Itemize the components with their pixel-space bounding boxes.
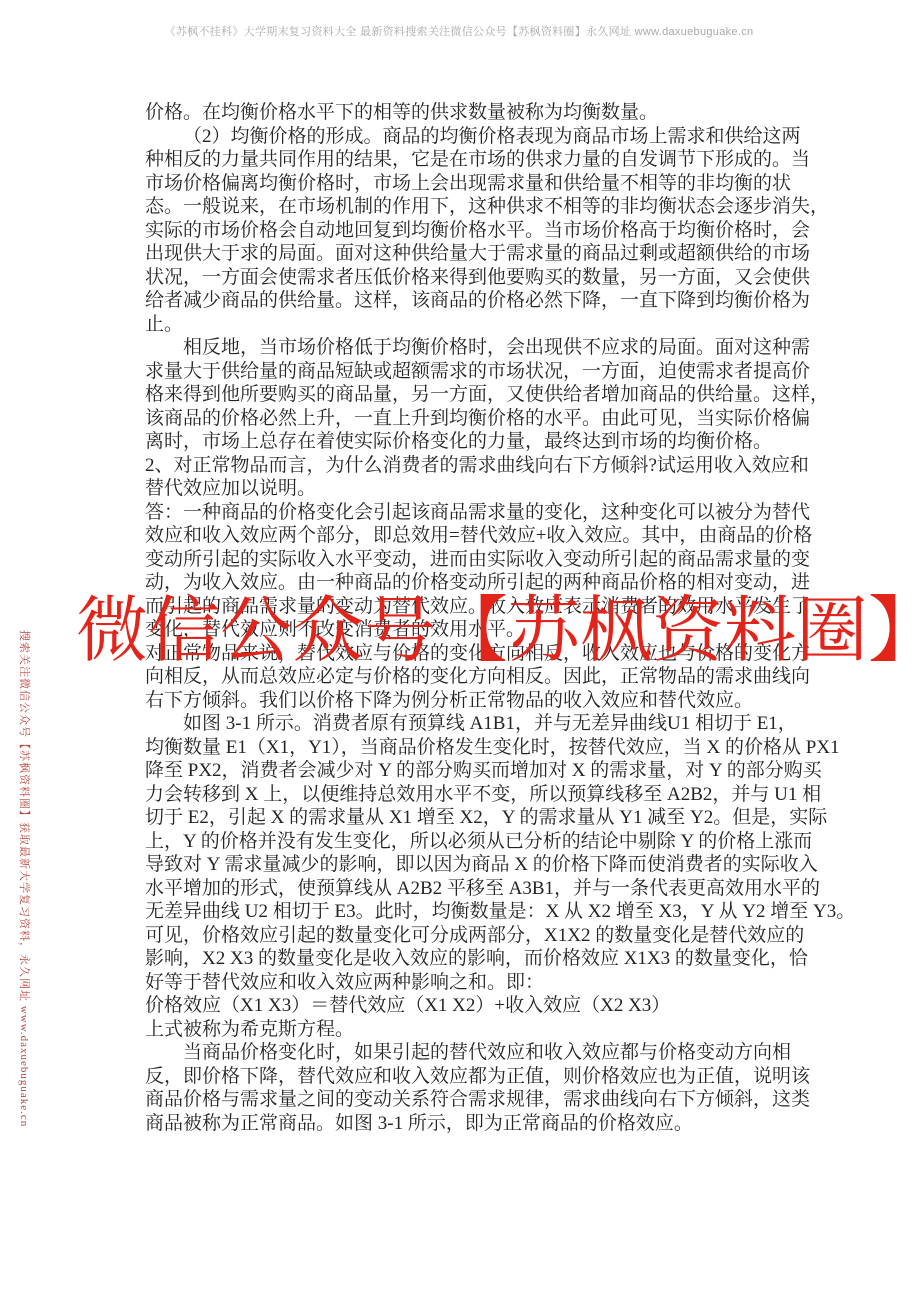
- text-line: 当商品价格变化时，如果引起的替代效应和收入效应都与价格变动方向相: [145, 1041, 833, 1065]
- text-line: 止。: [145, 313, 833, 337]
- text-line: 切于 E2，引起 X 的需求量从 X1 增至 X2，Y 的需求量从 Y1 减至 …: [145, 806, 833, 830]
- text-line: 商品价格与需求量之间的变动关系符合需求规律，需求曲线向右下方倾斜，这类: [145, 1088, 833, 1112]
- text-line: 格来得到他所要购买的商品量，另一方面，又使供给者增加商品的供给量。这样，: [145, 383, 833, 407]
- center-watermark: 微信公众号【苏枫资料圈】: [76, 592, 918, 671]
- text-line: 给者减少商品的供给量。这样，该商品的价格必然下降，一直下降到均衡价格为: [145, 289, 833, 313]
- text-line: 价格效应（X1 X3）＝替代效应（X1 X2）+收入效应（X2 X3）: [145, 994, 833, 1018]
- text-line: 替代效应加以说明。: [145, 477, 833, 501]
- text-line: 状况，一方面会使需求者压低价格来得到他要购买的数量，另一方面，又会使供: [145, 266, 833, 290]
- text-line: （2）均衡价格的形成。商品的均衡价格表现为商品市场上需求和供给这两: [145, 125, 833, 149]
- text-line: 反，即价格下降，替代效应和收入效应都为正值，则价格效应也为正值，说明该: [145, 1065, 833, 1089]
- page-header-text: 《苏枫不挂科》大学期末复习资料大全 最新资料搜索关注微信公众号【苏枫资料圈】永久…: [0, 23, 918, 39]
- text-line: 求量大于供给量的商品短缺或超额需求的市场状况，一方面，迫使需求者提高价: [145, 360, 833, 384]
- text-line: 右下方倾斜。我们以价格下降为例分析正常物品的收入效应和替代效应。: [145, 689, 833, 713]
- text-line: 可见，价格效应引起的数量变化可分成两部分，X1X2 的数量变化是替代效应的: [145, 924, 833, 948]
- text-line: 均衡数量 E1（X1，Y1），当商品价格发生变化时，按替代效应，当 X 的价格从…: [145, 736, 833, 760]
- text-line: 效应和收入效应两个部分，即总效用=替代效应+收入效应。其中，由商品的价格: [145, 524, 833, 548]
- text-line: 离时，市场上总存在着使实际价格变化的力量，最终达到市场的均衡价格。: [145, 430, 833, 454]
- text-line: 好等于替代效应和收入效应两种影响之和。即：: [145, 971, 833, 995]
- text-line: 变动所引起的实际收入水平变动，进而由实际收入变动所引起的商品需求量的变: [145, 548, 833, 572]
- text-line: 力会转移到 X 上，以便维持总效用水平不变，所以预算线移至 A2B2，并与 U1…: [145, 783, 833, 807]
- text-line: 降至 PX2，消费者会减少对 Y 的部分购买而增加对 X 的需求量，对 Y 的部…: [145, 759, 833, 783]
- text-line: 无差异曲线 U2 相切于 E3。此时，均衡数量是：X 从 X2 增至 X3，Y …: [145, 900, 833, 924]
- text-line: 上，Y 的价格并没有发生变化，所以必须从已分析的结论中剔除 Y 的价格上涨而: [145, 830, 833, 854]
- text-line: 态。一般说来，在市场机制的作用下，这种供求不相等的非均衡状态会逐步消失，: [145, 195, 833, 219]
- side-watermark: 搜索关注微信公众号【苏枫资料圈】获取最新大学复习资料，永久网址 www.daxu…: [17, 630, 33, 1127]
- text-line: 2、对正常物品而言，为什么消费者的需求曲线向右下方倾斜?试运用收入效应和: [145, 454, 833, 478]
- text-line: 价格。在均衡价格水平下的相等的供求数量被称为均衡数量。: [145, 101, 833, 125]
- text-line: 出现供大于求的局面。面对这种供给量大于需求量的商品过剩或超额供给的市场: [145, 242, 833, 266]
- text-line: 市场价格偏离均衡价格时，市场上会出现需求量和供给量不相等的非均衡的状: [145, 172, 833, 196]
- text-line: 如图 3-1 所示。消费者原有预算线 A1B1，并与无差异曲线U1 相切于 E1…: [145, 712, 833, 736]
- text-line: 影响，X2 X3 的数量变化是收入效应的影响，而价格效应 X1X3 的数量变化，…: [145, 947, 833, 971]
- text-line: 实际的市场价格会自动地回复到均衡价格水平。当市场价格高于均衡价格时，会: [145, 219, 833, 243]
- text-line: 商品被称为正常商品。如图 3-1 所示，即为正常商品的价格效应。: [145, 1112, 833, 1136]
- text-line: 上式被称为希克斯方程。: [145, 1018, 833, 1042]
- text-line: 答：一种商品的价格变化会引起该商品需求量的变化，这种变化可以被分为替代: [145, 501, 833, 525]
- text-line: 水平增加的形式，使预算线从 A2B2 平移至 A3B1，并与一条代表更高效用水平…: [145, 877, 833, 901]
- text-line: 相反地，当市场价格低于均衡价格时，会出现供不应求的局面。面对这种需: [145, 336, 833, 360]
- text-line: 导致对 Y 需求量减少的影响，即以因为商品 X 的价格下降而使消费者的实际收入: [145, 853, 833, 877]
- text-line: 种相反的力量共同作用的结果，它是在市场的供求力量的自发调节下形成的。当: [145, 148, 833, 172]
- text-line: 该商品的价格必然上升，一直上升到均衡价格的水平。由此可见，当实际价格偏: [145, 407, 833, 431]
